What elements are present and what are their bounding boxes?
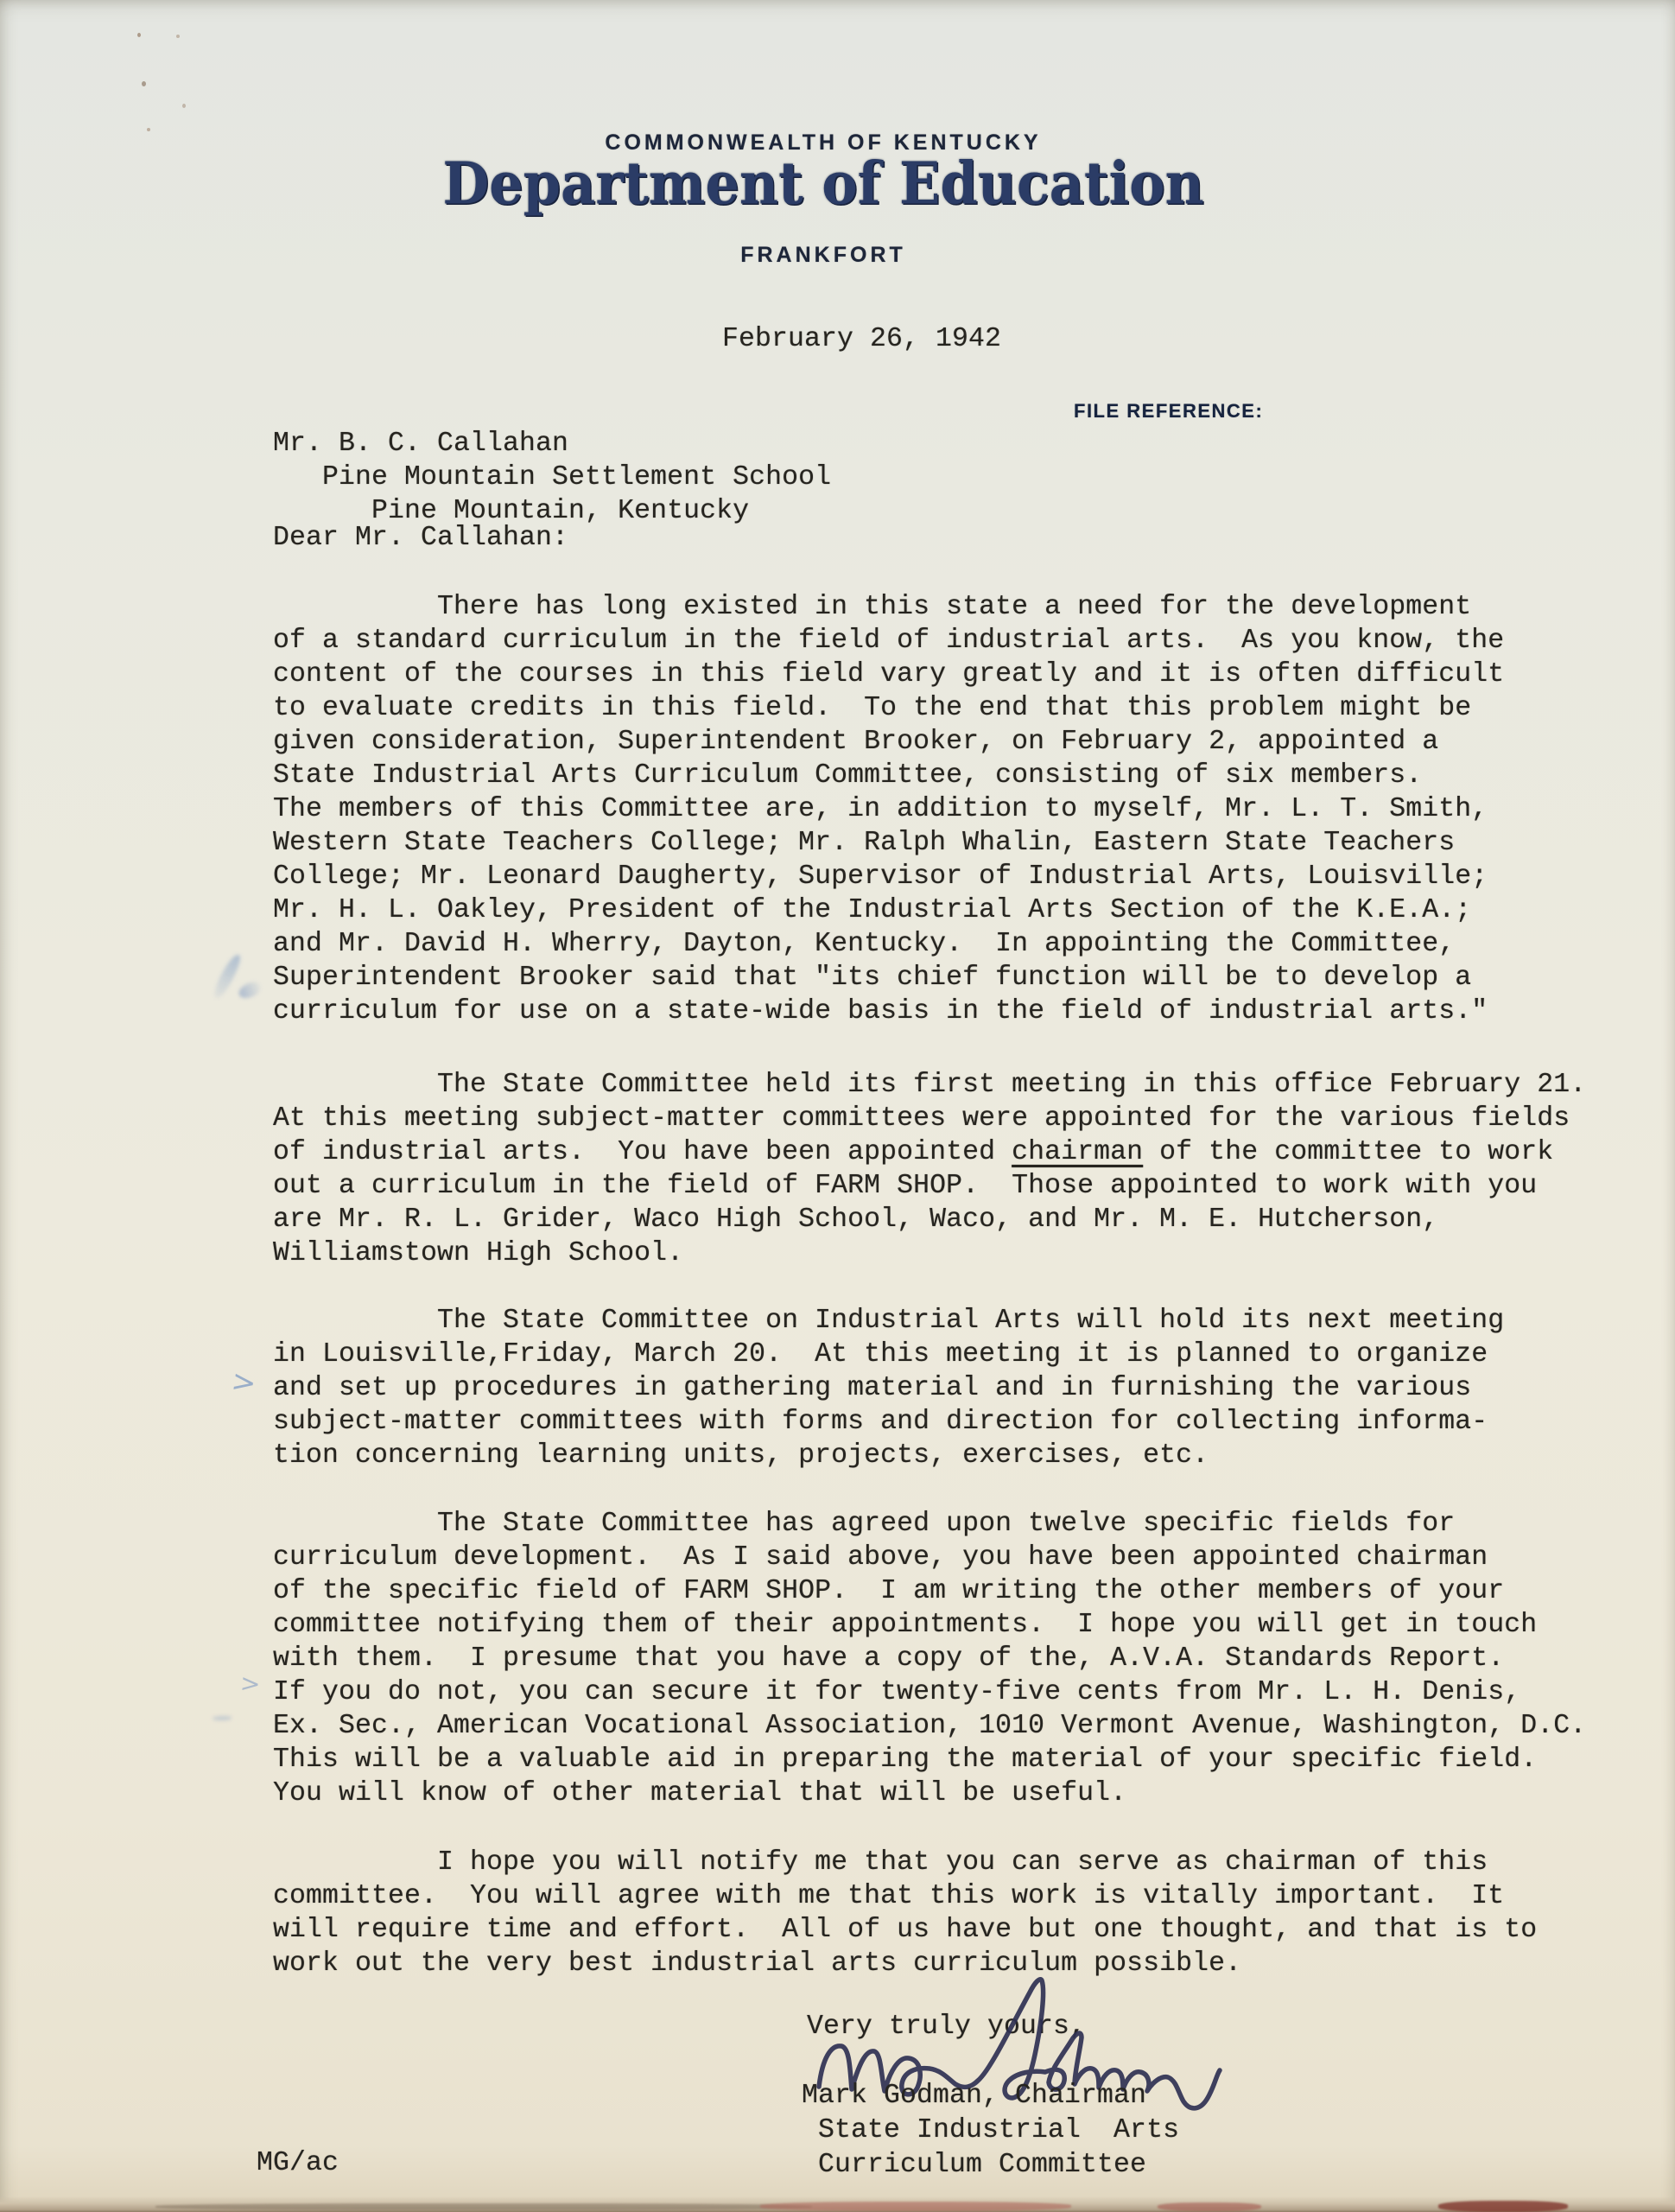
body-paragraph-1: There has long existed in this state a n… (273, 590, 1504, 1028)
salutation: Dear Mr. Callahan: (273, 521, 568, 555)
file-reference-label: FILE REFERENCE: (1074, 400, 1263, 423)
ink-smudge (237, 980, 263, 1000)
recipient-address: Mr. B. C. Callahan Pine Mountain Settlem… (273, 427, 831, 528)
body-paragraph-4: The State Committee has agreed upon twel… (273, 1507, 1586, 1810)
paper-speck (147, 128, 150, 131)
torn-bottom-edge (0, 2196, 1675, 2212)
signer-block: Mark Godman, Chairman State Industrial A… (802, 2079, 1179, 2183)
date-line: February 26, 1942 (722, 322, 1001, 356)
typist-initials: MG/ac (257, 2146, 339, 2180)
torn-edge-red-stain (1158, 2202, 1261, 2211)
torn-edge-dark-red-stain (1438, 2201, 1568, 2212)
chairman-underlined-word: chairman (1012, 1137, 1143, 1167)
paper-speck (137, 33, 141, 37)
letterhead-city: FRANKFORT (0, 242, 1646, 268)
paper-speck (182, 104, 186, 108)
torn-edge-red-stain (760, 2202, 1071, 2211)
torn-edge-shadow (155, 2203, 812, 2210)
paper-speck (176, 35, 180, 38)
body-paragraph-2: The State Committee held its first meeti… (273, 1068, 1586, 1270)
letter-page: COMMONWEALTH OF KENTUCKY Department of E… (0, 0, 1675, 2212)
pen-chevron-mark: > (229, 1363, 258, 1402)
body-paragraph-3: The State Committee on Industrial Arts w… (273, 1304, 1504, 1472)
letterhead-department-title: Department of Education (25, 148, 1622, 221)
paper-speck (142, 81, 146, 86)
pen-chevron-mark: > (239, 1669, 262, 1699)
body-paragraph-5: I hope you will notify me that you can s… (273, 1846, 1537, 1980)
ink-smudge (213, 1716, 232, 1720)
